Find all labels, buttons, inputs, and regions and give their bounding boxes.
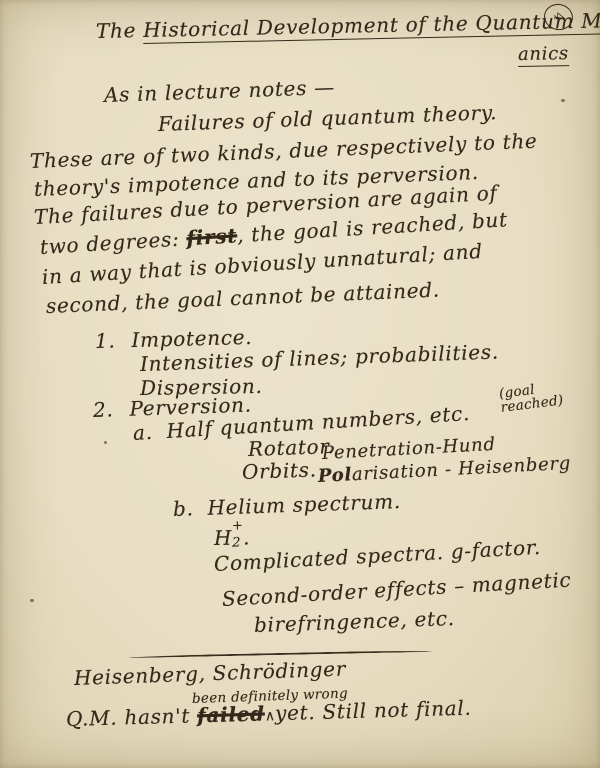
second-order-line2: birefringence, etc. <box>254 607 455 636</box>
intro-line: As in lecture notes — <box>104 76 336 106</box>
divider-line <box>128 650 432 658</box>
complicated-spectra-line: Complicated spectra. g-factor. <box>213 536 541 575</box>
struck-word-failed: failed <box>197 701 265 727</box>
insertion-caret: ∧ <box>265 708 276 724</box>
list-marker-a: a. <box>132 421 153 444</box>
title-prefix: The <box>96 18 144 43</box>
h2-sub-sup: +2 <box>232 527 243 547</box>
h2-superscript-plus: + <box>232 519 244 533</box>
h2-plus-formula: H+2. <box>214 526 251 549</box>
h2-subscript-2: 2 <box>232 536 241 550</box>
qm-final-line: Q.M. hasn't failed∧yet. Still not final. <box>66 697 472 731</box>
section-heading: Failures of old quantum theory. <box>158 101 498 135</box>
qm-prefix: Q.M. hasn't <box>66 703 198 731</box>
footer-names: Heisenberg, Schrödinger <box>74 658 347 689</box>
polarisation-bold-part: Pol <box>317 464 352 487</box>
orbits-line: Orbits. <box>242 458 317 483</box>
list-item-2b: b.Helium spectrum. <box>173 490 402 520</box>
list-marker-2: 2. <box>93 398 114 421</box>
struck-word-first: first <box>186 223 238 250</box>
title-wrap: anics <box>518 44 569 67</box>
list-marker-b: b. <box>173 497 194 520</box>
title-main: Historical Development of the Quantum Me… <box>143 7 600 44</box>
list-label-helium: Helium spectrum. <box>207 489 401 520</box>
list-marker-1: 1. <box>95 329 116 352</box>
h2-base: H <box>214 526 233 550</box>
page-title: The Historical Development of the Quantu… <box>96 8 600 42</box>
second-order-line1: Second-order effects – magnetic <box>221 568 572 609</box>
goal-reached-note: (goal reached) <box>498 380 564 414</box>
manuscript-page: 4 The Historical Development of the Quan… <box>0 0 600 768</box>
qm-suffix: yet. Still not final. <box>275 696 472 725</box>
ink-speck <box>30 599 34 602</box>
ink-speck <box>561 99 565 102</box>
h2-period: . <box>243 525 250 549</box>
degrees-prefix: two degrees: <box>39 226 187 259</box>
ink-speck <box>104 441 107 444</box>
